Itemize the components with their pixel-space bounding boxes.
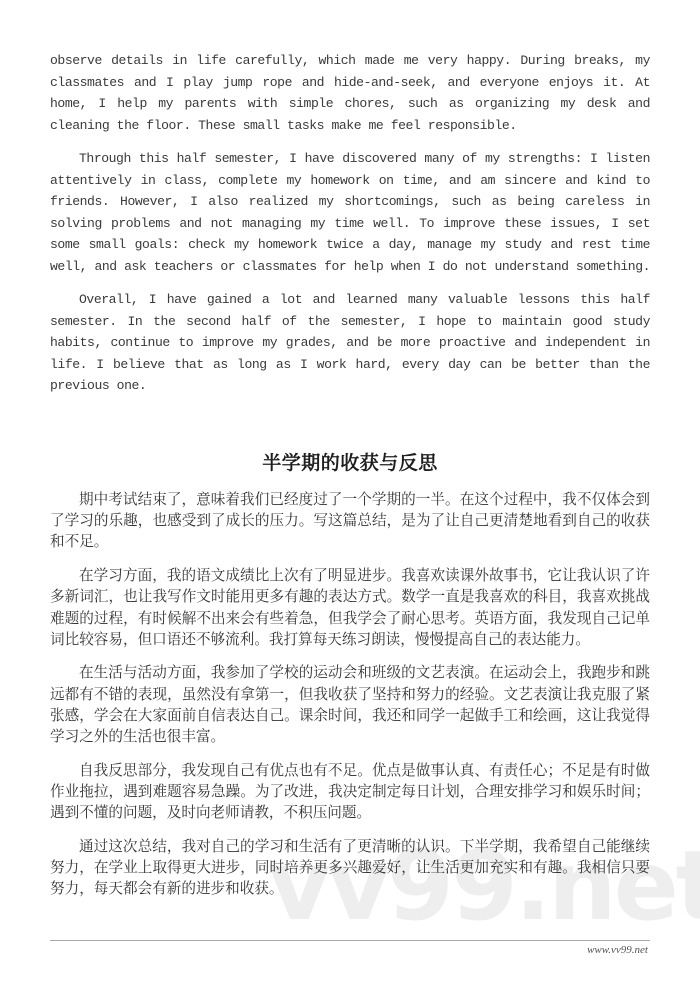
english-paragraph-2: Through this half semester, I have disco… [50,148,650,277]
chinese-paragraph-4: 自我反思部分，我发现自己有优点也有不足。优点是做事认真、有责任心；不足是有时做作… [50,760,650,824]
english-paragraph-1: observe details in life carefully, which… [50,50,650,136]
chinese-section: 期中考试结束了，意味着我们已经度过了一个学期的一半。在这个过程中，我不仅体会到了… [50,489,650,912]
document-page: vv99.net observe details in life careful… [0,0,700,989]
footer-url: www.vv99.net [587,944,648,956]
footer-divider [50,940,650,941]
chinese-paragraph-3: 在生活与活动方面，我参加了学校的运动会和班级的文艺表演。在运动会上，我跑步和跳远… [50,662,650,747]
chinese-title: 半学期的收获与反思 [0,448,700,475]
english-section: observe details in life carefully, which… [50,50,650,409]
chinese-paragraph-2: 在学习方面，我的语文成绩比上次有了明显进步。我喜欢读课外故事书，它让我认识了许多… [50,565,650,650]
english-paragraph-3: Overall, I have gained a lot and learned… [50,289,650,397]
chinese-paragraph-1: 期中考试结束了，意味着我们已经度过了一个学期的一半。在这个过程中，我不仅体会到了… [50,489,650,553]
chinese-paragraph-5: 通过这次总结，我对自己的学习和生活有了更清晰的认识。下半学期，我希望自己能继续努… [50,836,650,900]
